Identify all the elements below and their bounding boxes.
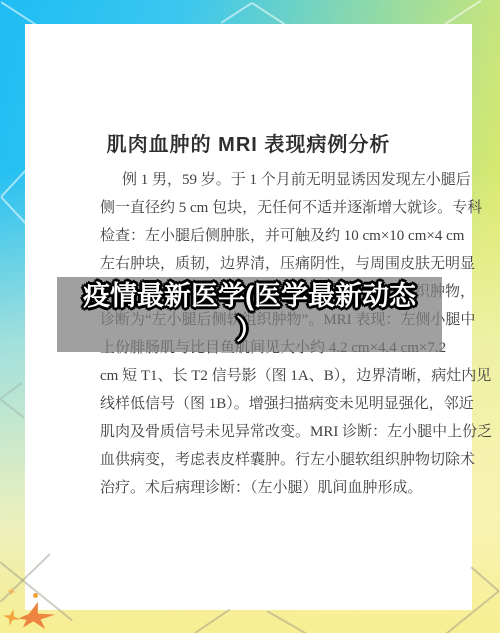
left-mid-chevron-upper-line	[0, 382, 23, 399]
doc-line: cm 短 T1、长 T2 信号影（图 1A、B），边界清晰，病灶内见	[100, 362, 452, 390]
doc-line: 肌肉及骨质信号未见异常改变。MRI 诊断：左小腿中上份乏	[100, 418, 452, 446]
doc-line: 线样低信号（图 1B）。增强扫描病变未见明显强化，邻近	[100, 390, 452, 418]
four-point-star-icon	[1, 607, 22, 628]
top-peak-right-line	[251, 2, 285, 25]
headline-line-2: ）	[57, 314, 442, 346]
headline-line-1: 疫情最新医学(医学最新动态	[57, 277, 442, 314]
left-chevron-upper-line	[0, 168, 27, 197]
left-mid-chevron-lower-line	[0, 398, 25, 419]
doc-line: 检查：左小腿后侧肿胀，并可触及约 10 cm×10 cm×4 cm	[100, 222, 452, 250]
doc-line: 治疗。术后病理诊断：（左小腿）肌间血肿形成。	[100, 474, 452, 502]
bottom-peak-right-line	[267, 610, 308, 633]
bottom-right-chevron-upper-line	[470, 566, 499, 592]
bottom-peak-left-line	[194, 609, 230, 633]
document-title: 肌肉血肿的 MRI 表现病例分析	[25, 128, 472, 157]
doc-line: 例 1 男，59 岁。于 1 个月前无明显诱因发现左小腿后	[100, 166, 452, 194]
headline-band: 疫情最新医学(医学最新动态 ）	[57, 277, 442, 352]
small-star-icon	[6, 586, 16, 596]
top-peak-left-line	[220, 2, 252, 24]
doc-line: 侧一直径约 5 cm 包块，无任何不适并逐渐增大就诊。专科	[100, 194, 452, 222]
doc-line: 血供病变，考虑表皮样囊肿。行左小腿软组织肿物切除术	[100, 446, 452, 474]
spark-dot-icon	[33, 593, 38, 598]
doc-line: 左右肿块，质韧，边界清，压痛阴性，与周围皮肤无明显	[100, 250, 452, 278]
top-right-fold-line	[444, 0, 481, 25]
poster-background: 肌肉血肿的 MRI 表现病例分析 例 1 男，59 岁。于 1 个月前无明显诱因…	[0, 0, 500, 633]
